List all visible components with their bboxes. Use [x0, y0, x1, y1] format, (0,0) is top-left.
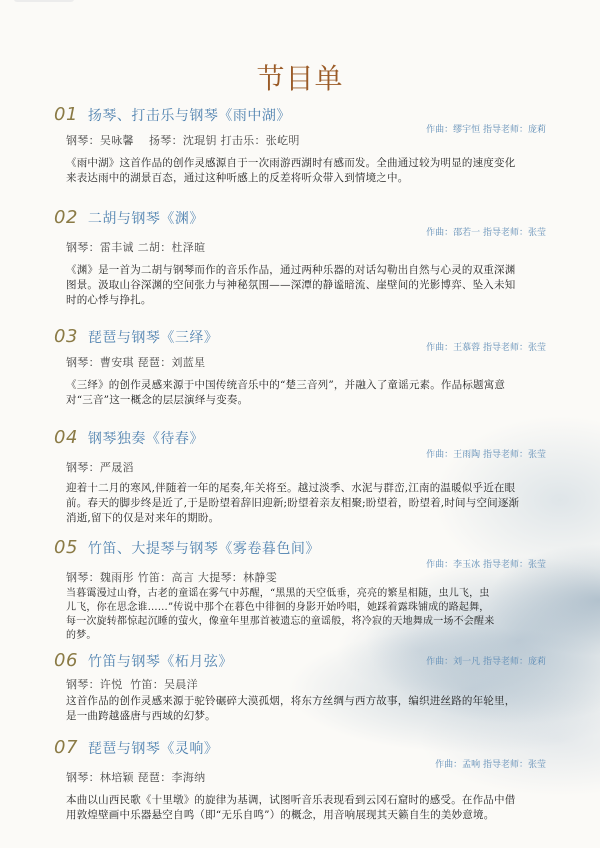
- program-number: 07: [54, 737, 78, 758]
- program-number: 02: [54, 207, 78, 228]
- page-title: 节目单: [0, 57, 600, 97]
- program-item-04: 04 钢琴独奏《待春》 作曲：王雨陶 指导老师：张莹 钢琴：严晟滔 迎着十二月的…: [54, 427, 574, 537]
- program-title: 钢琴独奏《待春》: [88, 428, 204, 448]
- program-description: 《雨中湖》这首作品的创作灵感源自于一次雨游西湖时有感而发。全曲通过较为明显的速度…: [66, 156, 521, 186]
- program-item-07: 07 琵琶与钢琴《灵响》 作曲：孟响 指导老师：张莹 钢琴：林培颖 琵琶：李海纳…: [54, 737, 574, 834]
- program-header: 07 琵琶与钢琴《灵响》: [54, 737, 574, 759]
- program-performers: 钢琴：曹安琪 琵琶：刘蓝星: [66, 354, 574, 370]
- program-credits: 作曲：王慕蓉 指导老师：张莹: [426, 340, 546, 353]
- program-number: 03: [54, 326, 78, 347]
- program-number: 01: [54, 104, 78, 125]
- program-credits: 作曲：孟响 指导老师：张莹: [435, 757, 546, 770]
- program-performers: 钢琴：雷丰诚 二胡：杜泽暄: [66, 239, 574, 255]
- program-performers: 钢琴：林培颖 琵琶：李海纳: [66, 769, 574, 785]
- program-item-02: 02 二胡与钢琴《渊》 作曲：邵若一 指导老师：张莹 钢琴：雷丰诚 二胡：杜泽暄…: [54, 207, 574, 319]
- program-credits: 作曲：缪宇恒 指导老师：庞莉: [426, 122, 546, 135]
- program-title: 琵琶与钢琴《灵响》: [88, 738, 219, 758]
- program-header: 05 竹笛、大提琴与钢琴《雾卷暮色间》: [54, 537, 574, 559]
- program-description: 《三绎》的创作灵感来源于中国传统音乐中的“楚三音列”，并融入了童谣元素。作品标题…: [66, 378, 521, 408]
- program-number: 05: [54, 537, 78, 558]
- program-performers: 钢琴：严晟滔: [66, 459, 574, 475]
- program-description: 这首作品的创作灵感来源于驼铃碾碎大漠孤烟，将东方丝绸与西方故事，编织进丝路的年轮…: [66, 694, 521, 724]
- program-description: 本曲以山西民歌《十里墩》的旋律为基调，试图听音乐表现看到云冈石窟时的感受。在作品…: [66, 793, 521, 823]
- program-item-06: 06 竹笛与钢琴《柘月弦》 作曲：刘一凡 指导老师：庞莉 钢琴：许悦 竹笛：吴晨…: [54, 650, 574, 735]
- program-title: 竹笛、大提琴与钢琴《雾卷暮色间》: [88, 538, 320, 558]
- program-credits: 作曲：王雨陶 指导老师：张莹: [426, 447, 546, 460]
- scan-artifact: [14, 0, 74, 2]
- program-description: 当暮霭漫过山脊，古老的童谣在雾气中苏醒，“黑黑的天空低垂，亮亮的繁星相随，虫儿飞…: [66, 587, 496, 643]
- program-item-05: 05 竹笛、大提琴与钢琴《雾卷暮色间》 作曲：李玉冰 指导老师：张莹 钢琴：魏雨…: [54, 537, 574, 653]
- program-description: 《渊》是一首为二胡与钢琴而作的音乐作品，通过两种乐器的对话勾勒出自然与心灵的双重…: [66, 263, 521, 308]
- program-title: 扬琴、打击乐与钢琴《雨中湖》: [88, 105, 291, 125]
- program-number: 06: [54, 650, 78, 671]
- program-item-03: 03 琵琶与钢琴《三绎》 作曲：王慕蓉 指导老师：张莹 钢琴：曹安琪 琵琶：刘蓝…: [54, 326, 574, 419]
- program-title: 二胡与钢琴《渊》: [88, 208, 204, 228]
- program-credits: 作曲：刘一凡 指导老师：庞莉: [426, 654, 546, 667]
- program-performers: 钢琴：魏雨彤 竹笛：高言 大提琴：林静雯: [66, 569, 574, 585]
- program-item-01: 01 扬琴、打击乐与钢琴《雨中湖》 作曲：缪宇恒 指导老师：庞莉 钢琴：吴咏馨 …: [54, 104, 574, 197]
- program-credits: 作曲：李玉冰 指导老师：张莹: [426, 557, 546, 570]
- program-credits: 作曲：邵若一 指导老师：张莹: [426, 225, 546, 238]
- program-number: 04: [54, 427, 78, 448]
- program-title: 琵琶与钢琴《三绎》: [88, 327, 219, 347]
- program-performers: 钢琴：许悦 竹笛：吴晨洋: [66, 676, 574, 692]
- program-header: 04 钢琴独奏《待春》: [54, 427, 574, 449]
- program-title: 竹笛与钢琴《柘月弦》: [88, 651, 233, 671]
- program-description: 迎着十二月的寒风,伴随着一年的尾奏,年关将至。越过淡季、水泥与群峦,江南的温暖似…: [66, 481, 521, 526]
